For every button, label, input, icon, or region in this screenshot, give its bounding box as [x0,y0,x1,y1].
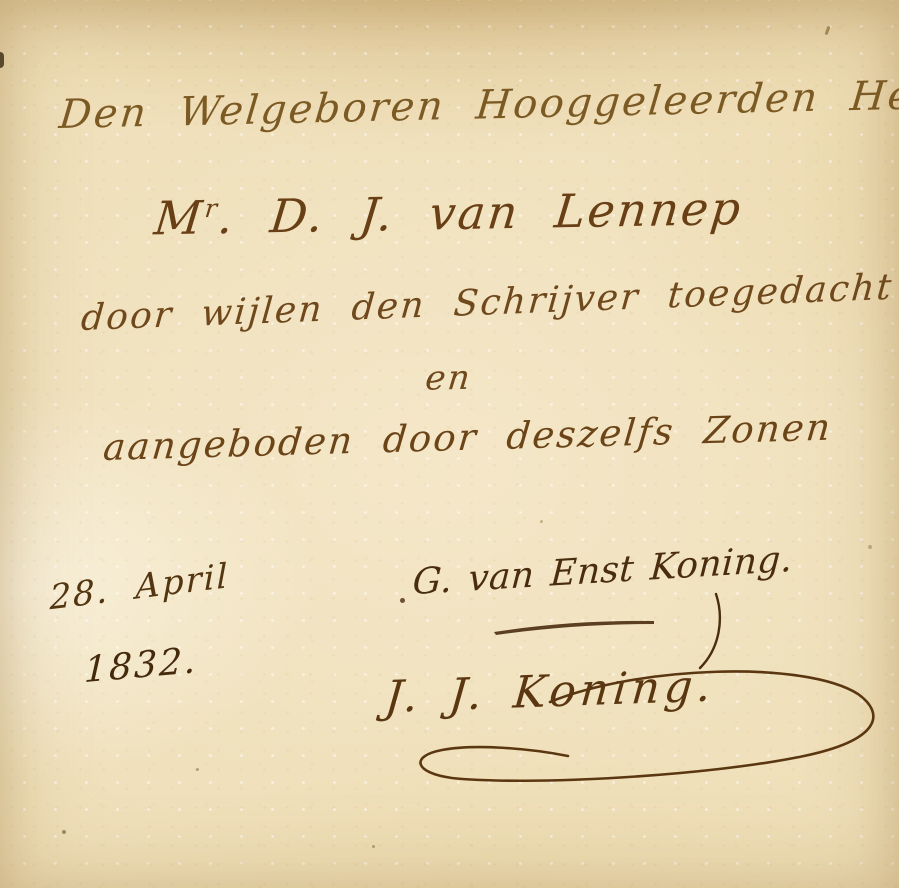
signature-second-text: J. J. Koning. [383,660,718,723]
paper-speck [372,845,375,848]
dedication-bequest-text: door wijlen den Schrijver toegedacht [79,267,894,339]
paper-speck [196,768,199,771]
abbr-mr-dot: . [216,190,239,244]
signature-first-text: G. van Enst Koning. [411,539,793,603]
dedication-conjunction-line: en [0,350,899,406]
signature-underline-flourish [492,616,662,638]
date-day-month-text: 28. April [50,556,230,618]
abbr-mr-base: M [152,190,207,245]
date-year: 1832. [82,640,199,691]
recipient-name-group: Mr. D. J. van Lennep [152,181,746,245]
dedication-conjunction-text: en [424,358,474,399]
paper-speck [62,830,66,834]
recipient-name: D. J. van Lennep [268,181,746,243]
ink-edge-mark [0,52,4,68]
dedication-honorific-text: Den Welgeboren Hooggeleerden Heer [57,71,899,138]
dedication-honorific-line: Den Welgeboren Hooggeleerden Heer [59,72,899,138]
date-day-month: 28. April [47,556,232,618]
dedication-offered-text: aangeboden door deszelfs Zonen [101,406,834,469]
dedication-offered-line: aangeboden door deszelfs Zonen [103,406,833,469]
signature-first: G. van Enst Koning. [411,539,793,603]
manuscript-page: Den Welgeboren Hooggeleerden Heer Mr. D.… [0,0,899,888]
ink-dot [400,598,405,603]
recipient-name-line: Mr. D. J. van Lennep [0,178,899,248]
signature-second: J. J. Koning. [384,661,716,723]
date-year-text: 1832. [83,640,198,691]
paper-speck [825,26,831,35]
dedication-bequest-line: door wijlen den Schrijver toegedacht [80,267,894,339]
paper-speck [868,545,872,549]
paper-speck [540,520,543,523]
